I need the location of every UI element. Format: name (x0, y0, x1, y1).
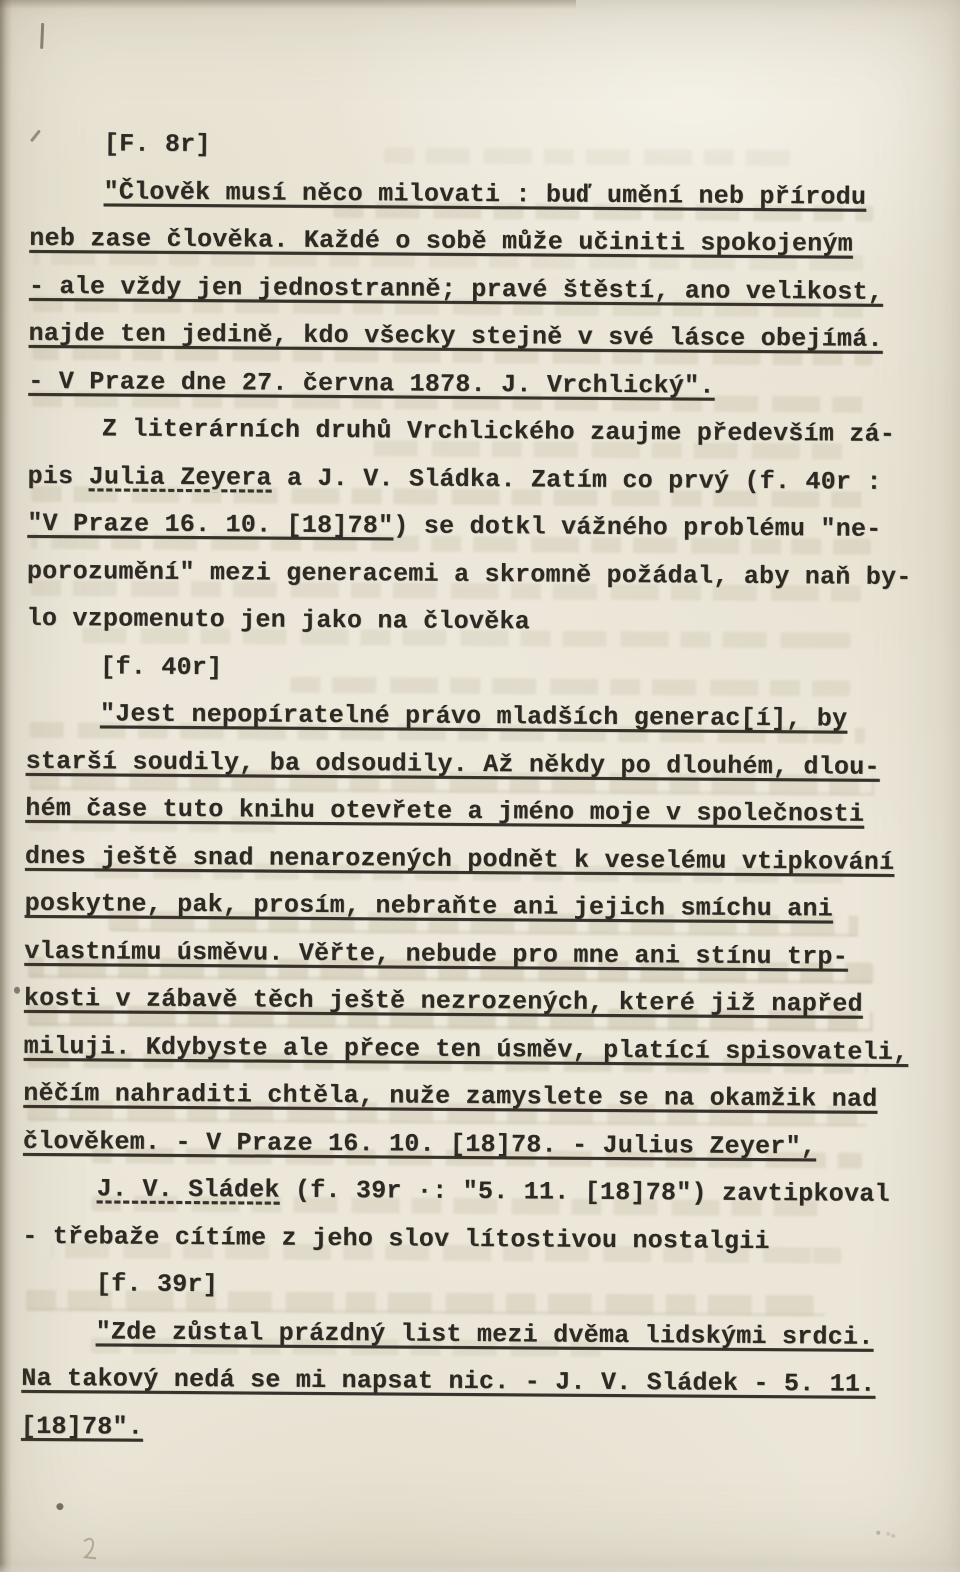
text-line: "Zde zůstal prázdný list mezi dvěma lids… (96, 1315, 874, 1354)
text-line: J. V. Sládek (f. 39r ·: "5. 11. [18]78")… (97, 1172, 890, 1212)
folio-mark: [F. 8r] (104, 127, 211, 162)
ink-speck (30, 129, 41, 142)
text-segment: - ale vždy jen jednostranně; pravé štěst… (29, 272, 883, 307)
text-line: kosti v zábavě těch ještě nezrozených, k… (24, 982, 863, 1022)
ink-dot (56, 1503, 63, 1510)
document-page: [F. 8r] "Člověk musí něco milovati : buď… (0, 0, 960, 1572)
text-segment: - třebaže cítíme z jeho slov lítostivou … (22, 1222, 770, 1256)
pencil-squiggle (80, 1535, 102, 1565)
bleed-through-line (384, 147, 804, 166)
text-line: Na takový nedá se mi napsat nic. - J. V.… (21, 1362, 875, 1402)
text-segment: člověkem. - V Praze 16. 10. [18]78. - Ju… (23, 1127, 816, 1162)
text-segment: "Zde zůstal prázdný list mezi dvěma lids… (96, 1317, 874, 1351)
text-segment: porozumění" mezi generacemi a skromně po… (27, 557, 912, 592)
text-line: pis Julia Zeyera a J. V. Sládka. Zatím c… (27, 460, 881, 500)
text-line: [18]78". (21, 1410, 143, 1445)
text-line: porozumění" mezi generacemi a skromně po… (27, 555, 912, 595)
typed-sheet: [F. 8r] "Člověk musí něco milovati : buď… (0, 0, 960, 1572)
text-line: dnes ještě snad nenarozených podnět k ve… (25, 840, 895, 880)
name-jv-sladek: J. V. Sládek (97, 1174, 280, 1204)
text-segment: vlastnímu úsměvu. Věřte, nebude pro mne … (24, 937, 848, 972)
folio-mark: [f. 39r] (96, 1267, 218, 1302)
text-line: poskytne, pak, prosím, nebraňte ani jeji… (24, 887, 833, 927)
text-segment: miluji. Kdybyste ale přece ten úsměv, pl… (24, 1032, 909, 1067)
text-line: vlastnímu úsměvu. Věřte, nebude pro mne … (24, 935, 848, 975)
text-segment: Z literárních druhů Vrchlického zaujme p… (102, 414, 895, 449)
text-line: něčím nahraditi chtěla, nuže zamyslete s… (23, 1077, 877, 1117)
text-segment: něčím nahraditi chtěla, nuže zamyslete s… (23, 1079, 877, 1114)
text-segment: - V Praze dne 27. června 1878. J. Vrchli… (28, 367, 715, 401)
text-line: starší soudily, ba odsoudily. Až někdy p… (25, 745, 879, 785)
text-line: neb zase člověka. Každé o sobě může učin… (29, 222, 853, 262)
text-line: najde ten jedině, kdo všecky stejně v sv… (28, 317, 882, 357)
text-line: - ale vždy jen jednostranně; pravé štěst… (29, 270, 883, 310)
text-segment: "V Praze 16. 10. [18]78" (27, 509, 393, 541)
text-segment: ) se dotkl vážného problému "ne- (393, 511, 881, 543)
name-julia-zeyera: Julia Zeyera (89, 462, 272, 492)
text-segment: (f. 39r ·: "5. 11. [18]78") zavtipkoval (280, 1176, 890, 1209)
text-segment: neb zase člověka. Každé o sobě může učin… (29, 224, 853, 259)
text-segment: [f. 39r] (96, 1269, 218, 1299)
bleed-through-line (290, 677, 850, 697)
text-segment: najde ten jedině, kdo všecky stejně v sv… (28, 319, 882, 354)
text-segment: "Jest nepopíratelné právo mladších gener… (100, 699, 848, 733)
folio-mark: [f. 40r] (100, 650, 222, 685)
text-line: - třebaže cítíme z jeho slov lítostivou … (22, 1220, 770, 1259)
text-line: miluji. Kdybyste ale přece ten úsměv, pl… (24, 1030, 909, 1070)
text-segment: poskytne, pak, prosím, nebraňte ani jeji… (25, 889, 834, 924)
text-segment: [f. 40r] (100, 652, 222, 682)
text-segment: starší soudily, ba odsoudily. Až někdy p… (26, 747, 880, 782)
text-segment: kosti v zábavě těch ještě nezrozených, k… (24, 984, 863, 1019)
text-segment: a J. V. Sládka. Zatím co prvý (f. 40r : (272, 464, 882, 497)
text-line: "Jest nepopíratelné právo mladších gener… (100, 697, 848, 736)
text-line: "V Praze 16. 10. [18]78") se dotkl vážné… (27, 507, 881, 547)
text-segment: lo vzpomenuto jen jako na člověka (27, 604, 531, 637)
text-line: lo vzpomenuto jen jako na člověka (26, 602, 530, 640)
text-segment: hém čase tuto knihu otevřete a jméno moj… (25, 794, 864, 829)
text-segment: pis (28, 462, 89, 491)
text-segment: [18]78". (21, 1412, 143, 1442)
text-segment: [F. 8r] (104, 129, 211, 159)
page-edge-left (0, 0, 12, 1572)
text-line: Z literárních druhů Vrchlického zaujme p… (102, 412, 895, 452)
text-line: hém čase tuto knihu otevřete a jméno moj… (25, 792, 864, 832)
text-segment: dnes ještě snad nenarozených podnět k ve… (25, 842, 895, 877)
text-line: "Člověk musí něco milovati : buď umění n… (103, 175, 866, 214)
page-edge-top (0, 0, 576, 9)
text-segment: Na takový nedá se mi napsat nic. - J. V.… (21, 1364, 875, 1399)
text-segment: "Člověk musí něco milovati : buď umění n… (103, 177, 866, 211)
text-line: - V Praze dne 27. června 1878. J. Vrchli… (28, 365, 715, 404)
page-edge-bottom (0, 1564, 960, 1572)
text-line: člověkem. - V Praze 16. 10. [18]78. - Ju… (23, 1125, 816, 1165)
ink-dot (14, 987, 20, 994)
ink-tick (40, 23, 44, 49)
ink-specks (876, 1531, 880, 1535)
